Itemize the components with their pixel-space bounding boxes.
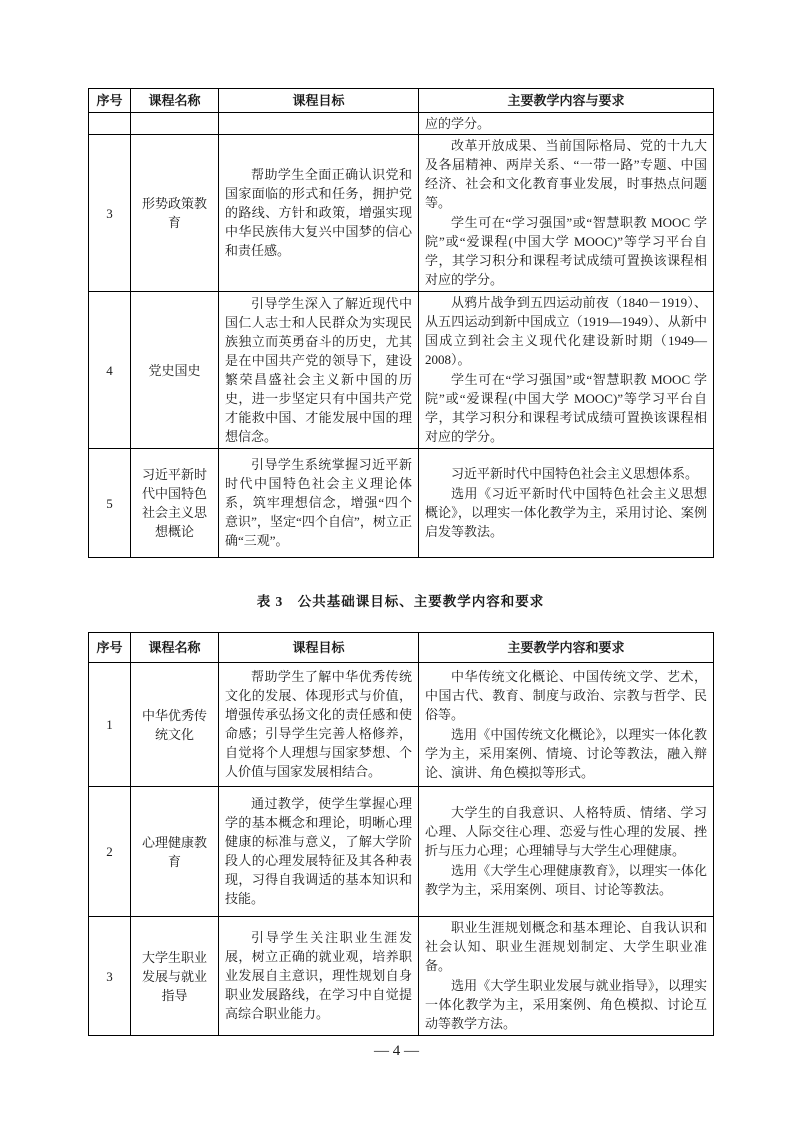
- header-course-content: 主要教学内容和要求: [419, 633, 714, 663]
- table-row: 1 中华优秀传统文化 帮助学生了解中华优秀传统文化的发展、体现形式与价值，增强传…: [89, 663, 714, 787]
- carryover-text: 应的学分。: [419, 113, 714, 135]
- header-seq: 序号: [89, 89, 131, 113]
- course-goal: 帮助学生了解中华优秀传统文化的发展、体现形式与价值，增强传承弘扬文化的责任感和使…: [219, 663, 419, 787]
- course-content: 中华传统文化概论、中国传统文学、艺术，中国古代、教育、制度与政治、宗教与哲学、民…: [419, 663, 714, 787]
- course-goal: 通过教学，使学生掌握心理学的基本概念和理论，明晰心理健康的标准与意义，了解大学阶…: [219, 787, 419, 917]
- carryover-empty-name: [131, 113, 219, 135]
- header-course-goal: 课程目标: [219, 89, 419, 113]
- course-table-continued: 序号 课程名称 课程目标 主要教学内容与要求 应的学分。 3 形势政策教育 帮助…: [88, 88, 714, 558]
- row-seq: 4: [89, 292, 131, 449]
- course-name: 中华优秀传统文化: [131, 663, 219, 787]
- row-seq: 2: [89, 787, 131, 917]
- row-seq: 5: [89, 449, 131, 558]
- course-goal: 引导学生深入了解近现代中国仁人志士和人民群众为实现民族独立而英勇奋斗的历史，尤其…: [219, 292, 419, 449]
- course-name: 大学生职业发展与就业指导: [131, 917, 219, 1036]
- course-name: 党史国史: [131, 292, 219, 449]
- course-goal: 引导学生系统掌握习近平新时代中国特色社会主义理论体系，筑牢理想信念，增强“四个意…: [219, 449, 419, 558]
- row-seq: 3: [89, 135, 131, 292]
- document-page: { "page": { "number_label": "— 4 —" }, "…: [0, 0, 793, 1122]
- header-course-name: 课程名称: [131, 633, 219, 663]
- carryover-row: 应的学分。: [89, 113, 714, 135]
- table-row: 3 大学生职业发展与就业指导 引导学生关注职业生涯发展，树立正确的就业观，培养职…: [89, 917, 714, 1036]
- table-row: 2 心理健康教育 通过教学，使学生掌握心理学的基本概念和理论，明晰心理健康的标准…: [89, 787, 714, 917]
- table-row: 3 形势政策教育 帮助学生全面正确认识党和国家面临的形式和任务，拥护党的路线、方…: [89, 135, 714, 292]
- table3-caption: 表 3 公共基础课目标、主要教学内容和要求: [88, 590, 713, 610]
- course-content: 从鸦片战争到五四运动前夜（1840－1919）、从五四运动到新中国成立（1919…: [419, 292, 714, 449]
- header-course-goal: 课程目标: [219, 633, 419, 663]
- course-content: 职业生涯规划概念和基本理论、自我认识和社会认知、职业生涯规划制定、大学生职业准备…: [419, 917, 714, 1036]
- course-content: 习近平新时代中国特色社会主义思想体系。 选用《习近平新时代中国特色社会主义思想概…: [419, 449, 714, 558]
- carryover-empty-goal: [219, 113, 419, 135]
- course-name: 习近平新时代中国特色社会主义思想概论: [131, 449, 219, 558]
- header-seq: 序号: [89, 633, 131, 663]
- page-content: 序号 课程名称 课程目标 主要教学内容与要求 应的学分。 3 形势政策教育 帮助…: [88, 88, 713, 1036]
- header-course-name: 课程名称: [131, 89, 219, 113]
- course-goal: 引导学生关注职业生涯发展，树立正确的就业观，培养职业发展自主意识，理性规划自身职…: [219, 917, 419, 1036]
- public-basic-course-table: 序号 课程名称 课程目标 主要教学内容和要求 1 中华优秀传统文化 帮助学生了解…: [88, 632, 714, 1036]
- table-header-row: 序号 课程名称 课程目标 主要教学内容与要求: [89, 89, 714, 113]
- header-course-content: 主要教学内容与要求: [419, 89, 714, 113]
- course-goal: 帮助学生全面正确认识党和国家面临的形式和任务，拥护党的路线、方针和政策，增强实现…: [219, 135, 419, 292]
- course-content: 改革开放成果、当前国际格局、党的十九大及各届精神、两岸关系、“一带一路”专题、中…: [419, 135, 714, 292]
- table-row: 5 习近平新时代中国特色社会主义思想概论 引导学生系统掌握习近平新时代中国特色社…: [89, 449, 714, 558]
- carryover-empty-no: [89, 113, 131, 135]
- table-row: 4 党史国史 引导学生深入了解近现代中国仁人志士和人民群众为实现民族独立而英勇奋…: [89, 292, 714, 449]
- table-header-row: 序号 课程名称 课程目标 主要教学内容和要求: [89, 633, 714, 663]
- course-name: 形势政策教育: [131, 135, 219, 292]
- course-content: 大学生的自我意识、人格特质、情绪、学习心理、人际交往心理、恋爱与性心理的发展、挫…: [419, 787, 714, 917]
- course-name: 心理健康教育: [131, 787, 219, 917]
- row-seq: 3: [89, 917, 131, 1036]
- row-seq: 1: [89, 663, 131, 787]
- page-number: — 4 —: [0, 1043, 793, 1060]
